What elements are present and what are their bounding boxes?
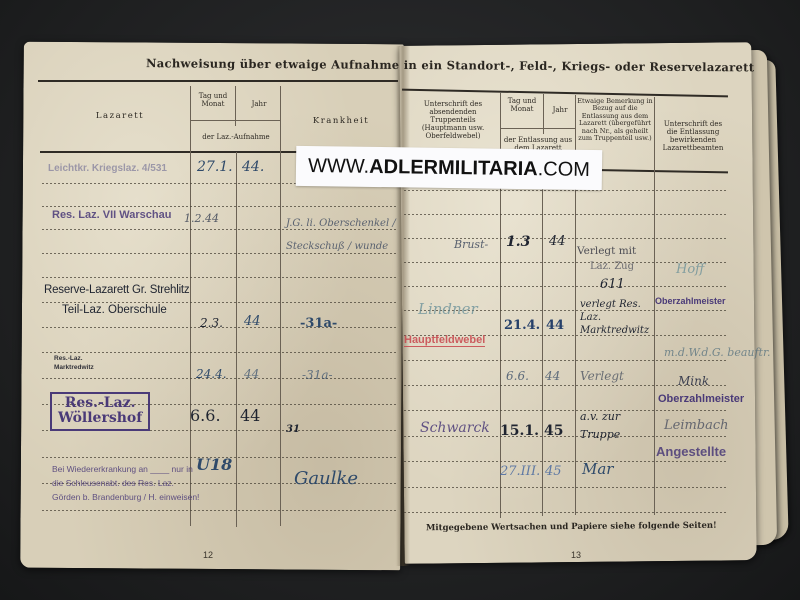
admission-date-3: 2.3. xyxy=(200,316,223,330)
discharge-year-5: 45 xyxy=(544,423,563,439)
watermark-label: WWW.ADLERMILITARIA.COM xyxy=(296,146,603,190)
row-line xyxy=(42,510,398,511)
discharge-date-5: 15.1. xyxy=(500,423,539,439)
row-line xyxy=(42,206,398,207)
header-illness: Krankheit xyxy=(286,117,396,127)
lazarett-stamp-strehlitz-2: Teil-Laz. Oberschule xyxy=(62,304,167,316)
woellershof-stamp: Res.-Laz. Wöllershof xyxy=(50,392,150,431)
remark-zug-number: 611 xyxy=(600,277,625,292)
admission-date-5: 6.6. xyxy=(190,406,221,425)
header-admission-day-month: Tag und Monat xyxy=(192,92,234,108)
official-signature-7: Mar xyxy=(582,460,613,478)
header-lazarett: Lazarett xyxy=(70,112,170,122)
admission-date-4: 24.4. xyxy=(196,367,227,381)
header-top-rule xyxy=(38,80,398,82)
row-line xyxy=(404,487,728,488)
admission-year-3: 44 xyxy=(244,314,261,329)
left-page-number: 12 xyxy=(203,550,213,560)
illness-3: -31a- xyxy=(300,316,337,331)
row-line xyxy=(404,238,728,239)
header-subrule xyxy=(501,128,575,129)
admission-year-5: 44 xyxy=(240,406,260,425)
remark-stamp-verlegt: Verlegt mit xyxy=(577,245,636,257)
discharge-year-3: 44 xyxy=(546,318,564,333)
discharge-date-4: 6.6. xyxy=(506,369,529,383)
discharge-year-4: 44 xyxy=(545,369,560,383)
official-signature-6: Leimbach xyxy=(664,418,729,433)
column-divider xyxy=(236,152,237,527)
discharge-date-3: 21.4. xyxy=(504,318,540,333)
angestellte-stamp: Angestellte xyxy=(656,444,726,459)
row-line xyxy=(404,360,728,361)
discharge-date-2: 1.3 xyxy=(506,234,530,250)
admission-year-1: 44. xyxy=(242,159,264,175)
remark-4: Verlegt xyxy=(580,369,624,383)
discharge-year-6: 45 xyxy=(545,464,562,479)
woellershof-stamp-line2: Wöllershof xyxy=(58,411,142,426)
lazarett-stamp-strehlitz-1: Reserve-Lazarett Gr. Strehlitz xyxy=(44,284,189,296)
column-divider xyxy=(654,97,655,515)
row-line xyxy=(404,410,728,411)
reinfection-notice-stamp: Bei Wiedererkrankung an ____ nur in die … xyxy=(52,462,200,504)
admission-date-2: 1.2.44 xyxy=(184,212,219,225)
header-discharge-day-month: Tag und Monat xyxy=(502,97,542,113)
watermark-prefix: WWW. xyxy=(308,155,369,179)
header-sender-signature: Unterschrift des absendenden Truppenteil… xyxy=(408,100,498,140)
oberzahlmeister-stamp-2: Oberzahlmeister xyxy=(658,393,744,405)
column-divider xyxy=(280,86,281,526)
lazarett-stamp-4: Res.-Laz. Marktredwitz xyxy=(54,354,124,372)
admission-code-6: U18 xyxy=(196,455,232,474)
discharge-year-2: 44 xyxy=(549,234,566,249)
discharge-date-6: 27.III. xyxy=(500,464,540,479)
oberzahlmeister-stamp-1: Oberzahlmeister xyxy=(655,296,726,306)
illness-signature-6: Gaulke xyxy=(294,468,358,489)
row-line xyxy=(404,286,728,287)
header-remarks: Etwaige Bemerkung in Bezug auf die Entla… xyxy=(577,98,653,143)
row-line xyxy=(404,214,728,215)
hauptfeldwebel-stamp: Hauptfeldwebel xyxy=(404,334,485,347)
row-line xyxy=(42,352,398,353)
row-line xyxy=(404,512,728,513)
row-line xyxy=(42,277,398,278)
header-subrule xyxy=(191,120,280,121)
remark-5: a.v. zur Truppe xyxy=(580,408,654,444)
header-admission-year: Jahr xyxy=(238,100,280,108)
row-line xyxy=(404,436,728,437)
lazarett-stamp-2: Res. Laz. VII Warschau xyxy=(52,209,171,221)
row-line xyxy=(404,190,728,191)
open-paybook: Nachweisung über etwaige Aufnahme in ein… xyxy=(0,0,800,600)
column-divider xyxy=(542,176,543,516)
header-admission-group: der Laz.-Aufnahme xyxy=(192,133,280,141)
watermark-brand: ADLERMILITARIA xyxy=(369,155,538,180)
remark-stamp-laz-zug: Laz. Zug xyxy=(590,261,634,272)
row-line xyxy=(404,461,728,462)
column-divider xyxy=(190,86,191,526)
illness-5: 31 xyxy=(286,424,300,435)
row-line xyxy=(42,302,398,303)
header-discharge-signature: Unterschrift des die Entlassung bewirken… xyxy=(658,120,728,152)
remark-3: verlegt Res. Laz. Marktredwitz xyxy=(580,298,654,337)
illness-2: J.G. li. Oberschenkel / Steckschuß / wun… xyxy=(286,212,396,258)
admission-year-4: 44 xyxy=(244,367,259,381)
sender-signature-5: Schwarck xyxy=(420,420,490,436)
official-signature-5: Mink xyxy=(678,374,709,388)
official-signature-3: Hoff xyxy=(676,262,704,277)
official-signature-4: m.d.W.d.G. beauftr. xyxy=(664,346,771,359)
admission-date-1: 27.1. xyxy=(197,159,233,175)
lazarett-stamp-1: Leichtkr. Kriegslaz. 4/531 xyxy=(48,163,167,174)
woellershof-stamp-line1: Res.-Laz. xyxy=(58,396,142,411)
sender-note-2: Brust- xyxy=(454,238,488,251)
watermark-suffix: .COM xyxy=(538,158,591,182)
right-page-number: 13 xyxy=(571,550,581,560)
sender-signature-3: Lindner xyxy=(418,300,478,318)
illness-4: -31a- xyxy=(302,368,333,382)
header-discharge-year: Jahr xyxy=(545,106,575,114)
